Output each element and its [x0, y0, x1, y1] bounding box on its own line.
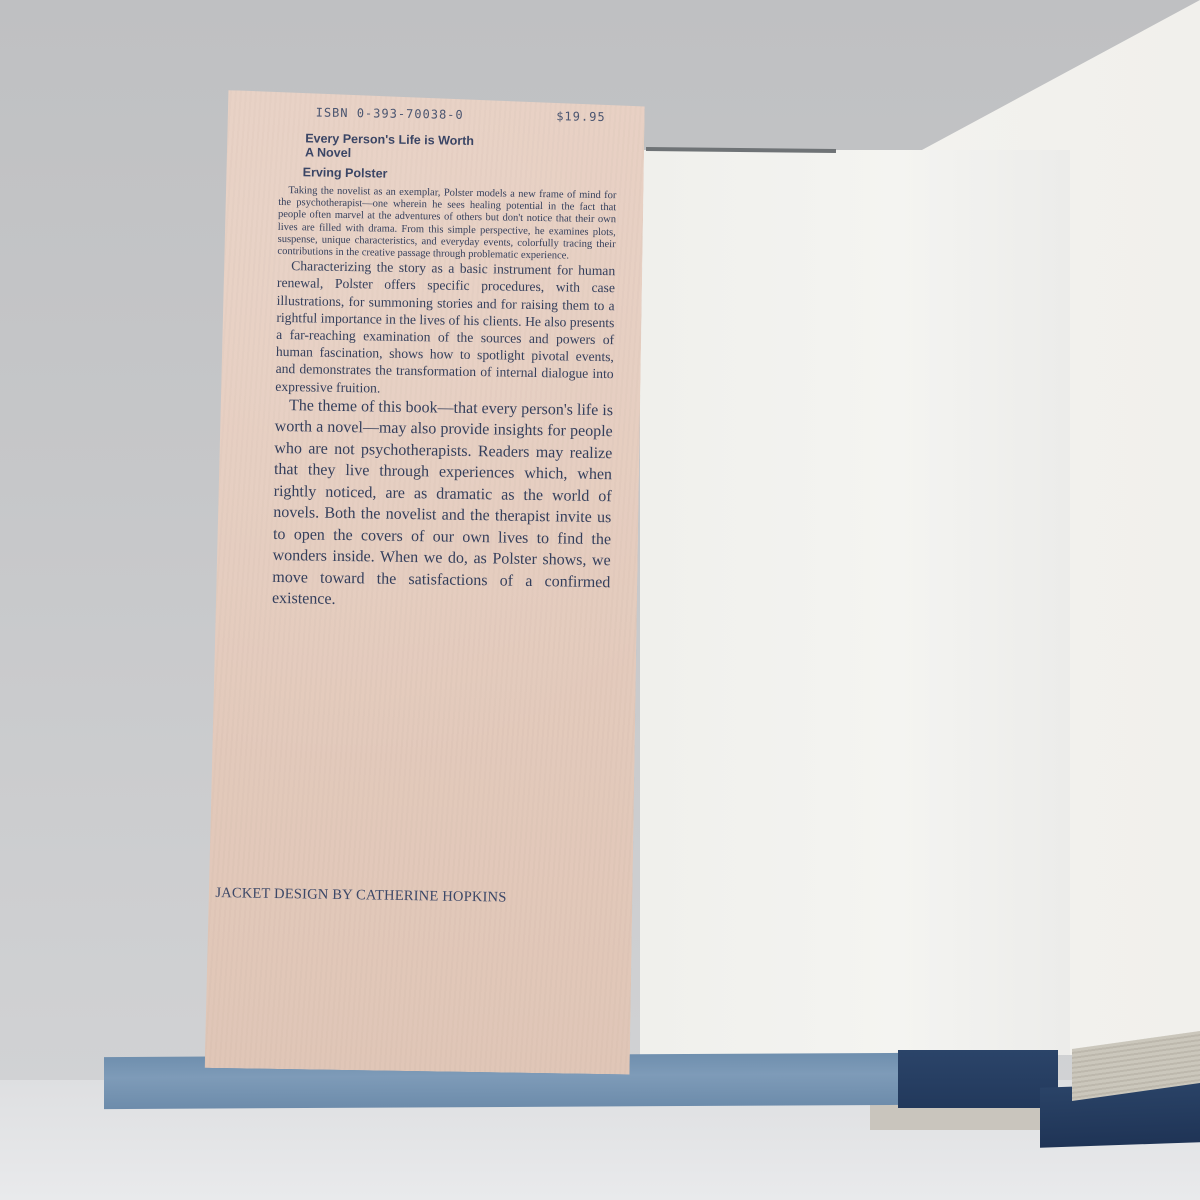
blurb-paragraph: Taking the novelist as an exemplar, Pols… — [277, 185, 616, 264]
author-name: Erving Polster — [303, 165, 388, 180]
isbn-price-row: ISBN 0-393-70038-0 $19.95 — [316, 106, 606, 125]
spine-cloth-dark-blue — [898, 1050, 1058, 1108]
book-photo: ISBN 0-393-70038-0 $19.95 Every Person's… — [0, 0, 1200, 1200]
blurb-paragraph: The theme of this book—that every person… — [272, 395, 613, 615]
jacket-design-credit: JACKET DESIGN BY CATHERINE HOPKINS — [215, 885, 506, 907]
book-title: Every Person's Life is Worth A Novel — [305, 131, 605, 164]
dust-jacket-flap: ISBN 0-393-70038-0 $19.95 Every Person's… — [205, 90, 645, 1075]
price: $19.95 — [556, 109, 606, 124]
blurb-text: Taking the novelist as an exemplar, Pols… — [272, 185, 617, 615]
endpaper — [640, 150, 1070, 1055]
blurb-paragraph: Characterizing the story as a basic inst… — [275, 257, 615, 400]
isbn: ISBN 0-393-70038-0 — [316, 106, 464, 122]
